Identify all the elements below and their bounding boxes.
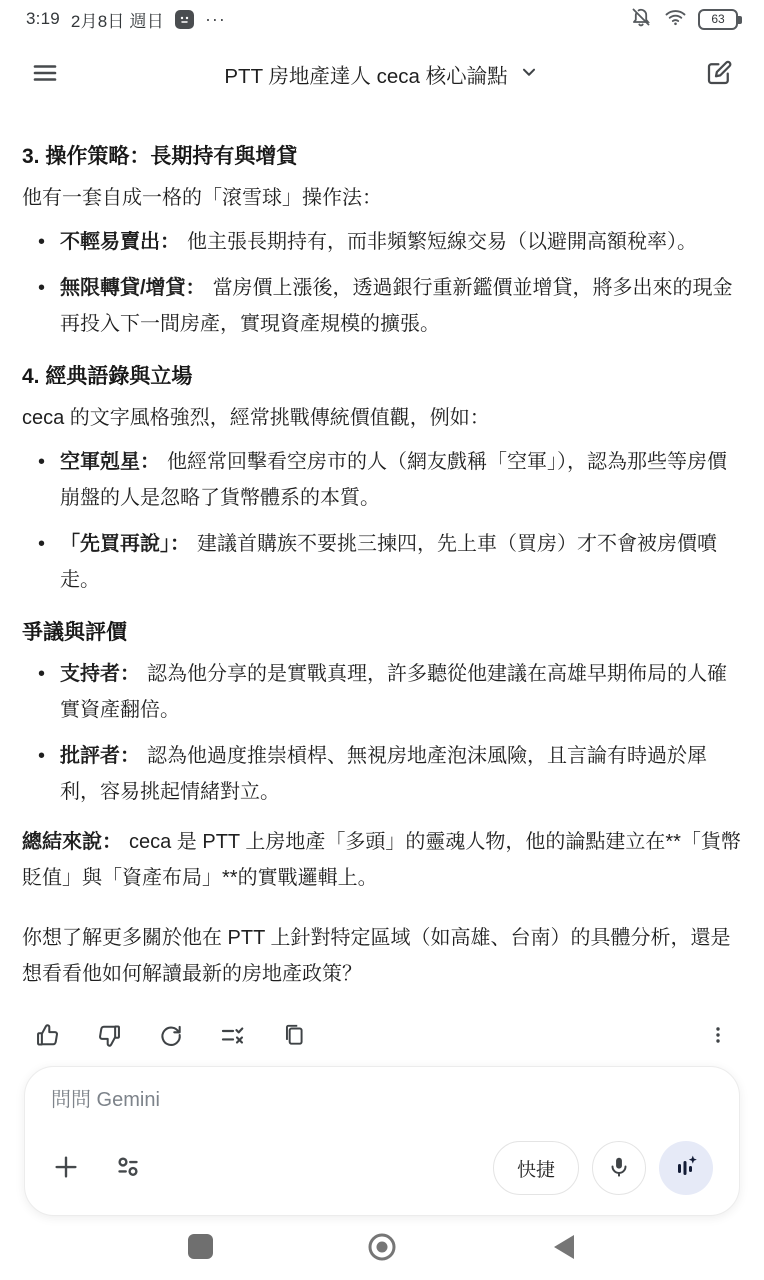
more-notifications-icon: ···: [205, 14, 226, 24]
hamburger-icon: [30, 58, 60, 91]
live-waveform-icon: [672, 1153, 700, 1184]
response-action-bar: [0, 1012, 764, 1058]
conversation-title: PTT 房地產達人 ceca 核心論點: [224, 59, 507, 89]
section-heading: 3. 操作策略：長期持有與增貸: [22, 144, 742, 170]
bullet-item: 批評者：認為他過度推崇槓桿、無視房地產泡沫風險，且言論有時過於犀利，容易挑起情緒…: [22, 738, 742, 810]
gemini-live-button[interactable]: [659, 1141, 713, 1195]
back-triangle-icon: [552, 1234, 576, 1263]
bullet-item: 「先買再說」：建議首購族不要挑三揀四，先上車（買房）才不會被房價噴走。: [22, 526, 742, 598]
wifi-icon: [663, 5, 688, 34]
copy-icon: [281, 1022, 307, 1048]
refresh-icon: [158, 1022, 184, 1048]
bullet-item: 無限轉貸/增貸：當房價上漲後，透過銀行重新鑑價並增貸，將多出來的現金再投入下一間…: [22, 270, 742, 342]
bullet-label: 「先買再說」：: [60, 533, 190, 555]
section-heading: 爭議與評價: [22, 620, 742, 646]
modify-response-icon: [219, 1022, 246, 1049]
regenerate-button[interactable]: [158, 1022, 184, 1048]
kebab-menu-icon: [706, 1023, 730, 1047]
menu-button[interactable]: [30, 58, 60, 91]
plus-icon: [51, 1152, 81, 1185]
bullet-label: 無限轉貸/增貸：: [60, 277, 206, 299]
notifications-muted-icon: [629, 5, 653, 34]
prompt-input-card: 快捷: [24, 1066, 740, 1216]
battery-indicator: 63: [698, 9, 738, 30]
bullet-text: 認為他分享的是實戰真理，許多聽從他建議在高雄早期佈局的人確實資產翻倍。: [60, 663, 727, 721]
followup-question: 你想了解更多關於他在 PTT 上針對特定區域（如高雄、台南）的具體分析，還是想看…: [22, 920, 742, 992]
new-chat-button[interactable]: [704, 58, 734, 91]
notification-app-icon: [175, 10, 194, 29]
bullet-text: 他主張長期持有，而非頻繁短線交易（以避開高額稅率）。: [187, 231, 697, 253]
microphone-icon: [606, 1154, 632, 1183]
summary-text: ceca 是 PTT 上房地產「多頭」的靈魂人物，他的論點建立在**「貨幣貶值」…: [22, 831, 741, 889]
back-button[interactable]: [544, 1228, 584, 1268]
bullet-item: 空軍剋星：他經常回擊看空房市的人（網友戲稱「空軍」），認為那些等房價崩盤的人是忽…: [22, 444, 742, 516]
bullet-item: 不輕易賣出：他主張長期持有，而非頻繁短線交易（以避開高額稅率）。: [22, 224, 742, 260]
summary-paragraph: 總結來說：ceca 是 PTT 上房地產「多頭」的靈魂人物，他的論點建立在**「…: [22, 824, 742, 896]
shortcuts-label: 快捷: [517, 1155, 555, 1182]
section-intro: ceca 的文字風格強烈，經常挑戰傳統價值觀，例如：: [22, 400, 742, 436]
date: 2月8日 週日: [71, 7, 164, 32]
compose-icon: [704, 58, 734, 91]
copy-button[interactable]: [281, 1022, 307, 1048]
bullet-list: 不輕易賣出：他主張長期持有，而非頻繁短線交易（以避開高額稅率）。 無限轉貸/增貸…: [22, 224, 742, 342]
gemini-app: 3:19 2月8日 週日 ··· 63: [0, 0, 764, 1280]
app-header: PTT 房地產達人 ceca 核心論點: [0, 44, 764, 104]
bullet-label: 支持者：: [60, 663, 140, 685]
bullet-label: 空軍剋星：: [60, 451, 160, 473]
thumbs-up-button[interactable]: [34, 1022, 61, 1049]
recents-button[interactable]: [180, 1228, 220, 1268]
bullet-list: 空軍剋星：他經常回擊看空房市的人（網友戲稱「空軍」），認為那些等房價崩盤的人是忽…: [22, 444, 742, 598]
summary-label: 總結來說：: [22, 831, 122, 853]
recents-square-icon: [187, 1233, 214, 1263]
bullet-item: 支持者：認為他分享的是實戰真理，許多聽從他建議在高雄早期佈局的人確實資產翻倍。: [22, 656, 742, 728]
chevron-down-icon: [518, 61, 540, 88]
tune-icon: [113, 1152, 143, 1185]
thumbs-up-icon: [34, 1022, 61, 1049]
bullet-list: 支持者：認為他分享的是實戰真理，許多聽從他建議在高雄早期佈局的人確實資產翻倍。 …: [22, 656, 742, 810]
modify-response-button[interactable]: [219, 1022, 246, 1049]
response-content: 3. 操作策略：長期持有與增貸 他有一套自成一格的「滾雪球」操作法： 不輕易賣出…: [0, 104, 764, 1012]
section-intro: 他有一套自成一格的「滾雪球」操作法：: [22, 180, 742, 216]
conversation-title-dropdown[interactable]: PTT 房地產達人 ceca 核心論點: [60, 59, 704, 89]
bullet-label: 批評者：: [60, 745, 140, 767]
more-options-button[interactable]: [706, 1023, 730, 1047]
prompt-input[interactable]: [51, 1089, 713, 1112]
bullet-label: 不輕易賣出：: [60, 231, 180, 253]
tools-button[interactable]: [113, 1152, 143, 1185]
bullet-text: 認為他過度推崇槓桿、無視房地產泡沫風險，且言論有時過於犀利，容易挑起情緒對立。: [60, 745, 707, 803]
microphone-button[interactable]: [592, 1141, 646, 1195]
status-bar: 3:19 2月8日 週日 ··· 63: [0, 0, 764, 38]
shortcuts-button[interactable]: 快捷: [493, 1141, 579, 1195]
add-attachment-button[interactable]: [51, 1152, 81, 1185]
android-nav-bar: [0, 1216, 764, 1280]
thumbs-down-icon: [96, 1022, 123, 1049]
input-controls: 快捷: [51, 1141, 713, 1195]
home-circle-icon: [367, 1232, 397, 1265]
thumbs-down-button[interactable]: [96, 1022, 123, 1049]
battery-level: 63: [711, 12, 724, 26]
bullet-text: 他經常回擊看空房市的人（網友戲稱「空軍」），認為那些等房價崩盤的人是忽略了貨幣體…: [60, 451, 727, 509]
clock: 3:19: [26, 9, 60, 29]
home-button[interactable]: [362, 1228, 402, 1268]
section-heading: 4. 經典語錄與立場: [22, 364, 742, 390]
